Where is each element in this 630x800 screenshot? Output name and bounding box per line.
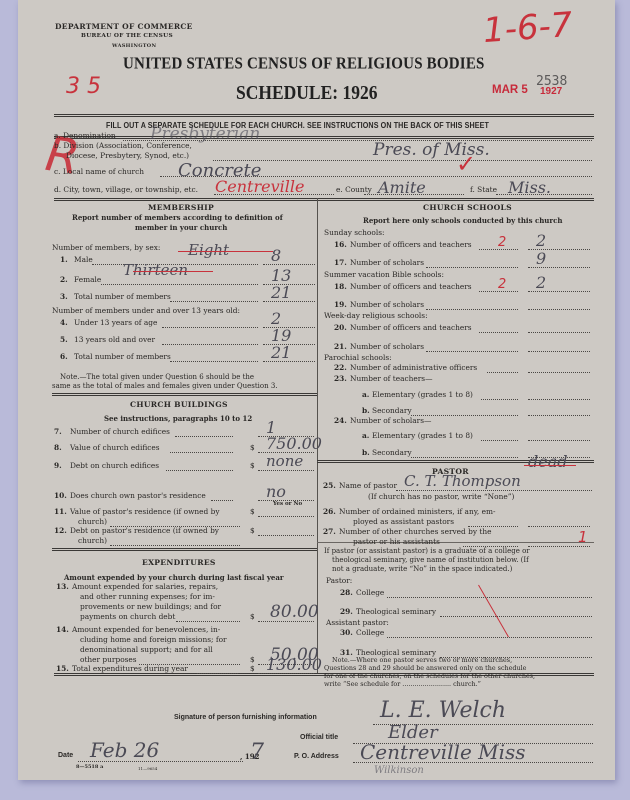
membership-subheading-1: Report number of members according to de… bbox=[72, 213, 283, 222]
year-value[interactable]: 7 bbox=[250, 740, 264, 765]
item-number: a. bbox=[362, 431, 369, 440]
expenditures-heading: EXPENDITURES bbox=[142, 558, 216, 567]
answer-value[interactable]: 8 bbox=[271, 246, 281, 265]
leader-dots bbox=[479, 332, 518, 333]
pastor-sub-label: Pastor: bbox=[326, 576, 352, 585]
members-by-age-label: Number of members under and over 13 year… bbox=[52, 306, 240, 315]
sunday-schools-label: Sunday schools: bbox=[324, 228, 384, 237]
item-label-cont: pastor or his assistants bbox=[353, 537, 440, 546]
answer-value[interactable]: 750.00 bbox=[266, 434, 322, 453]
check-mark: ✓ bbox=[456, 150, 476, 178]
handwritten-code-right: 1-6-7 bbox=[482, 5, 574, 51]
membership-bottom-rule bbox=[52, 393, 317, 396]
item-label: and other running expenses; for im- bbox=[80, 592, 215, 601]
city-label: d. City, town, village, or township, etc… bbox=[54, 185, 198, 194]
answer-line bbox=[528, 351, 590, 352]
item-number: b. bbox=[362, 448, 370, 457]
item-label: Elementary (grades 1 to 8) bbox=[372, 390, 473, 399]
assistant-pastor-label: Assistant pastor: bbox=[326, 618, 389, 627]
written-number[interactable]: Thirteen bbox=[123, 261, 188, 279]
item-number: 12. bbox=[54, 526, 67, 535]
item-label-cont: ployed as assistant pastors bbox=[353, 517, 454, 526]
pastor-note-line: Note.—Where one pastor serves two or mor… bbox=[332, 656, 512, 664]
answer-value[interactable]: 130.00 bbox=[266, 655, 322, 674]
answer-value[interactable]: 21 bbox=[271, 343, 291, 362]
buildings-bottom-rule bbox=[52, 548, 317, 551]
item-label: Secondary bbox=[372, 448, 412, 457]
pastor-note-line: write “See schedule for ................… bbox=[324, 680, 481, 688]
item-label: Elementary (grades 1 to 8) bbox=[372, 431, 473, 440]
item-label: other purposes bbox=[80, 655, 137, 664]
item-label: Under 13 years of age bbox=[74, 318, 157, 327]
red-slash-mark bbox=[478, 585, 509, 637]
currency-sign: $ bbox=[250, 526, 255, 535]
item-number: 28. bbox=[340, 588, 353, 597]
leader-dots bbox=[426, 309, 518, 310]
bureau-label: BUREAU OF THE CENSUS bbox=[81, 33, 173, 39]
leader-dots bbox=[162, 344, 258, 345]
census-form-sheet: DEPARTMENT OF COMMERCE BUREAU OF THE CEN… bbox=[18, 0, 615, 780]
item-number: 1. bbox=[60, 255, 68, 264]
po-address-label: P. O. Address bbox=[294, 753, 339, 760]
item-number: 14. bbox=[56, 625, 69, 634]
po-address-value[interactable]: Centreville Miss bbox=[360, 740, 526, 764]
answer-value[interactable]: 2 bbox=[536, 231, 546, 250]
members-by-sex-label: Number of members, by sex: bbox=[52, 243, 160, 252]
division-line bbox=[213, 160, 592, 161]
county-value[interactable]: Amite bbox=[378, 178, 426, 197]
currency-sign: $ bbox=[250, 461, 255, 470]
item-label: payments on church debt bbox=[80, 612, 175, 621]
leader-dots bbox=[481, 399, 518, 400]
leader-dots bbox=[487, 372, 518, 373]
currency-sign: $ bbox=[250, 664, 255, 673]
item-label: Total number of members bbox=[74, 292, 171, 301]
pastor-status-annotation: dead bbox=[528, 452, 568, 471]
strike-line bbox=[133, 271, 213, 272]
answer-value[interactable]: C. T. Thompson bbox=[404, 472, 521, 490]
item-number: 21. bbox=[334, 342, 347, 351]
answer-line bbox=[528, 332, 590, 333]
item-label: Number of scholars bbox=[350, 258, 424, 267]
state-label: f. State bbox=[470, 185, 497, 194]
graduate-note-line: If pastor (or assistant pastor) is a gra… bbox=[324, 547, 530, 556]
item-number: 7. bbox=[54, 427, 62, 436]
item-label: provements or new buildings; and for bbox=[80, 602, 221, 611]
membership-note-1: Note.—The total given under Question 6 s… bbox=[60, 373, 254, 382]
item-label: College bbox=[356, 588, 384, 597]
item-number: 30. bbox=[340, 628, 353, 637]
answer-line bbox=[528, 372, 590, 373]
church-name-label: c. Local name of church bbox=[54, 167, 144, 176]
item-number: 5. bbox=[60, 335, 68, 344]
item-number: 26. bbox=[323, 507, 336, 516]
leader-dots bbox=[211, 500, 233, 501]
item-number: 13. bbox=[56, 582, 69, 591]
received-stamp-year: 1927 bbox=[540, 86, 562, 97]
leader-dots bbox=[175, 436, 234, 437]
item-number: 18. bbox=[334, 282, 347, 291]
date-value[interactable]: Feb 26 bbox=[90, 738, 159, 762]
leader-dots bbox=[110, 545, 240, 546]
city-value[interactable]: Centreville bbox=[215, 177, 304, 196]
item-label-cont: church) bbox=[78, 536, 107, 545]
strike-line bbox=[524, 465, 576, 466]
answer-line bbox=[528, 399, 590, 400]
division-label-2: Diocese, Presbytery, Synod, etc.) bbox=[66, 151, 189, 160]
graduate-note-line: theological seminary, give name of insti… bbox=[332, 556, 529, 565]
answer-line bbox=[528, 526, 590, 527]
item-number: 2. bbox=[60, 275, 68, 284]
item-number: 24. bbox=[334, 416, 347, 425]
county-note: Wilkinson bbox=[374, 765, 424, 776]
item-label: cluding home and foreign missions; for bbox=[80, 635, 227, 644]
item-number: 11. bbox=[54, 507, 67, 516]
graduate-note-line: not a graduate, write “No” in the space … bbox=[332, 565, 512, 574]
membership-subheading-2: member in your church bbox=[135, 223, 227, 232]
item-label: Number of other churches served by the bbox=[339, 527, 492, 536]
item-label: Number of administrative officers bbox=[350, 363, 477, 372]
item-label: Theological seminary bbox=[356, 607, 436, 616]
form-title: UNITED STATES CENSUS OF RELIGIOUS BODIES bbox=[123, 55, 485, 75]
item-label: Debt on church edifices bbox=[70, 461, 159, 470]
leader-dots bbox=[101, 284, 258, 285]
answer-value[interactable]: no bbox=[266, 482, 286, 501]
currency-sign: $ bbox=[250, 655, 255, 664]
item-number: 3. bbox=[60, 292, 68, 301]
answer-line bbox=[528, 440, 590, 441]
membership-heading: MEMBERSHIP bbox=[148, 203, 214, 212]
item-number: 8. bbox=[54, 443, 62, 452]
item-label: Number of scholars bbox=[350, 342, 424, 351]
answer-value[interactable]: 21 bbox=[271, 283, 291, 302]
item-label: Does church own pastor's residence bbox=[70, 491, 206, 500]
item-number: 22. bbox=[334, 363, 347, 372]
item-number: 15. bbox=[56, 664, 69, 673]
form-code: 8—5518 a bbox=[76, 764, 103, 770]
answer-value[interactable]: 80.00 bbox=[270, 602, 319, 622]
answer-line bbox=[528, 415, 590, 416]
answer-line bbox=[528, 457, 590, 458]
leader-dots bbox=[426, 267, 518, 268]
answer-line bbox=[528, 546, 590, 547]
date-label: Date bbox=[58, 752, 73, 759]
parochial-schools-label: Parochial schools: bbox=[324, 353, 392, 362]
schedule-title: SCHEDULE: 1926 bbox=[236, 80, 377, 104]
department-label: DEPARTMENT OF COMMERCE bbox=[55, 22, 193, 31]
expenditures-subheading: Amount expended by your church during la… bbox=[64, 573, 284, 582]
leader-dots bbox=[411, 457, 518, 458]
currency-sign: $ bbox=[250, 507, 255, 516]
item-label: 13 years old and over bbox=[74, 335, 155, 344]
item-label: Number of officers and teachers bbox=[350, 240, 472, 249]
item-number: 27. bbox=[323, 527, 336, 536]
item-label: Number of church edifices bbox=[70, 427, 170, 436]
item-label: College bbox=[356, 628, 384, 637]
item-label: Amount expended for benevolences, in- bbox=[72, 625, 220, 634]
answer-line bbox=[528, 309, 590, 310]
item-label: Number of ordained ministers, if any, em… bbox=[339, 507, 496, 516]
official-title-label: Official title bbox=[300, 734, 338, 741]
answer-value[interactable]: 2 bbox=[536, 273, 546, 292]
item-label: Total number of members bbox=[74, 352, 171, 361]
item-number: b. bbox=[362, 406, 370, 415]
written-number[interactable]: Eight bbox=[188, 241, 229, 259]
answer-value[interactable]: 9 bbox=[536, 249, 546, 268]
answer-value[interactable]: 1 bbox=[578, 528, 588, 546]
summer-schools-label: Summer vacation Bible schools: bbox=[324, 270, 444, 279]
item-label: Male bbox=[74, 255, 93, 264]
item-label: Number of officers and teachers bbox=[350, 282, 472, 291]
membership-note-2: same as the total of males and females g… bbox=[52, 382, 278, 391]
item-label: Number of officers and teachers bbox=[350, 323, 472, 332]
item-number: 4. bbox=[60, 318, 68, 327]
item-label: Debt on pastor's residence (if owned by bbox=[70, 526, 219, 535]
item-label: Female bbox=[74, 275, 101, 284]
church-buildings-heading: CHURCH BUILDINGS bbox=[130, 400, 228, 409]
leader-dots bbox=[166, 470, 233, 471]
item-label: denominational support; and for all bbox=[80, 645, 213, 654]
division-label-1: b. Division (Association, Conference, bbox=[54, 141, 192, 150]
currency-sign: $ bbox=[250, 612, 255, 621]
item-number: 29. bbox=[340, 607, 353, 616]
item-number: 10. bbox=[54, 491, 67, 500]
answer-line bbox=[396, 490, 592, 491]
state-value[interactable]: Miss. bbox=[508, 178, 551, 197]
leader-dots bbox=[426, 351, 518, 352]
answer-line bbox=[258, 470, 314, 471]
strike-line bbox=[178, 251, 273, 252]
section-divider bbox=[54, 198, 594, 201]
banner-top-rule bbox=[54, 114, 594, 117]
answer-line bbox=[258, 535, 314, 536]
item-label: Value of church edifices bbox=[70, 443, 160, 452]
item-number: 20. bbox=[334, 323, 347, 332]
signature-label: Signature of person furnishing informati… bbox=[174, 714, 317, 721]
received-stamp-date: MAR 5 bbox=[492, 84, 528, 96]
county-label: e. County bbox=[336, 185, 372, 194]
item-number: 9. bbox=[54, 461, 62, 470]
item-label: Total expenditures during year bbox=[72, 664, 188, 673]
leader-dots bbox=[170, 301, 258, 302]
answer-line bbox=[258, 516, 314, 517]
leader-dots bbox=[170, 361, 258, 362]
handwritten-code-left: 3 5 bbox=[66, 74, 101, 99]
item-label: Value of pastor's residence (if owned by bbox=[70, 507, 220, 516]
answer-line[interactable] bbox=[387, 597, 592, 598]
item-number: 19. bbox=[334, 300, 347, 309]
item-label: Amount expended for salaries, repairs, bbox=[72, 582, 218, 591]
church-schools-subheading: Report here only schools conducted by th… bbox=[363, 216, 562, 225]
print-code: 11—9654 bbox=[138, 766, 157, 771]
item-label-cont: church) bbox=[78, 517, 107, 526]
struck-value: 2 bbox=[498, 277, 506, 292]
leader-dots bbox=[197, 673, 238, 674]
item-number: 23. bbox=[334, 374, 347, 383]
leader-dots bbox=[176, 621, 240, 622]
answer-line[interactable] bbox=[440, 616, 592, 617]
denomination-label: a. Denomination bbox=[54, 131, 116, 140]
item-label: Number of teachers— bbox=[350, 374, 433, 383]
item-label: Number of scholars— bbox=[350, 416, 431, 425]
leader-dots bbox=[481, 440, 518, 441]
struck-value: 2 bbox=[498, 235, 506, 250]
city-label: WASHINGTON bbox=[112, 43, 156, 49]
signature-value[interactable]: L. E. Welch bbox=[380, 698, 506, 723]
pastor-note-line: for one of the churches; on the schedule… bbox=[324, 672, 535, 680]
item-number: a. bbox=[362, 390, 369, 399]
item-number: 25. bbox=[323, 481, 336, 490]
item-number: 16. bbox=[334, 240, 347, 249]
no-pastor-hint: (If church has no pastor, write “None”) bbox=[368, 492, 514, 501]
banner-bottom-rule bbox=[54, 136, 594, 139]
answer-value[interactable]: none bbox=[266, 452, 303, 470]
yes-no-hint: Yes or No bbox=[273, 501, 302, 507]
leader-dots bbox=[162, 327, 258, 328]
item-number: 17. bbox=[334, 258, 347, 267]
answer-line[interactable] bbox=[387, 637, 592, 638]
pastor-note-line: Questions 28 and 29 should be answered o… bbox=[324, 664, 526, 672]
item-label: Secondary bbox=[372, 406, 412, 415]
weekday-schools-label: Week-day religious schools: bbox=[324, 311, 428, 320]
item-number: 6. bbox=[60, 352, 68, 361]
currency-sign: $ bbox=[250, 443, 255, 452]
church-buildings-subheading: See instructions, paragraphs 10 to 12 bbox=[104, 414, 252, 423]
leader-dots bbox=[170, 452, 233, 453]
item-label: Name of pastor bbox=[339, 481, 397, 490]
church-schools-heading: CHURCH SCHOOLS bbox=[423, 203, 512, 212]
item-label: Number of scholars bbox=[350, 300, 424, 309]
